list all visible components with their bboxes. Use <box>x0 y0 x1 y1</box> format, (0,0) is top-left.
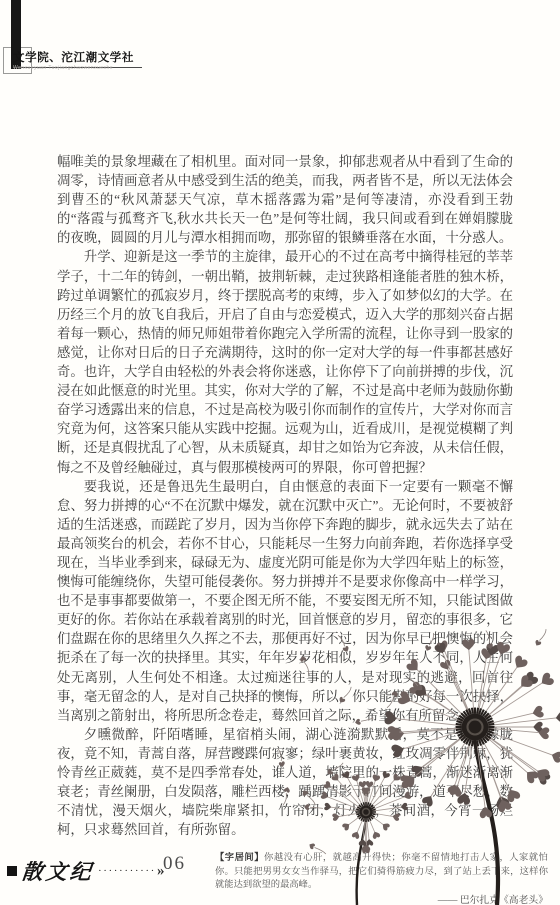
essay-body: 幅唯美的景象埋藏在了相机里。面对同一景象，抑郁悲观者从中看到了生命的凋零，诗情画… <box>57 152 513 839</box>
dotted-leader: ·························· <box>98 866 156 876</box>
magazine-page: 文学院、沱江潮文学社 Wenxueyuan Tuojiangchaowenxue… <box>0 0 560 905</box>
section-square-marker <box>7 866 17 876</box>
footer-quote: 【字居间】你越没有心肝，就越高升得快；你毫不留情地打击人家，人家就怕你。只能把男… <box>215 852 548 905</box>
essay-paragraph: 幅唯美的景象埋藏在了相机里。面对同一景象，抑郁悲观者从中看到了生命的凋零，诗情画… <box>57 152 513 247</box>
essay-paragraph: 升学、迎新是这一季节的主旋律，最开心的不过在高考中摘得桂冠的莘莘学子，十二年的铸… <box>57 247 513 476</box>
quote-text: 你越没有心肝，就越高升得快；你毫不留情地打击人家，人家就怕你。只能把男男女女当作… <box>215 853 548 890</box>
footer-section-bar: 散文纪 ·························· » <box>7 856 165 886</box>
quote-column-label: 【字居间】 <box>215 853 264 863</box>
quote-attribution: —— 巴尔扎克《高老头》 <box>215 894 548 905</box>
page-number: 06 <box>163 853 186 875</box>
essay-paragraph: 夕曛微醉，阡陌嗜睡，星宿梢头闹，湖心涟漪默默摇，莫不是秋意朦胧夜，竟不知，青蒿自… <box>57 725 513 840</box>
section-title: 散文纪 <box>20 856 95 886</box>
page-title-romanization: Wenxueyuan Tuojiangchaowenxueshe <box>13 65 113 71</box>
essay-paragraph: 要我说，还是鲁迅先生最明白，自由惬意的表面下一定要有一颗毫不懈怠、努力拼搏的心“… <box>57 477 513 725</box>
